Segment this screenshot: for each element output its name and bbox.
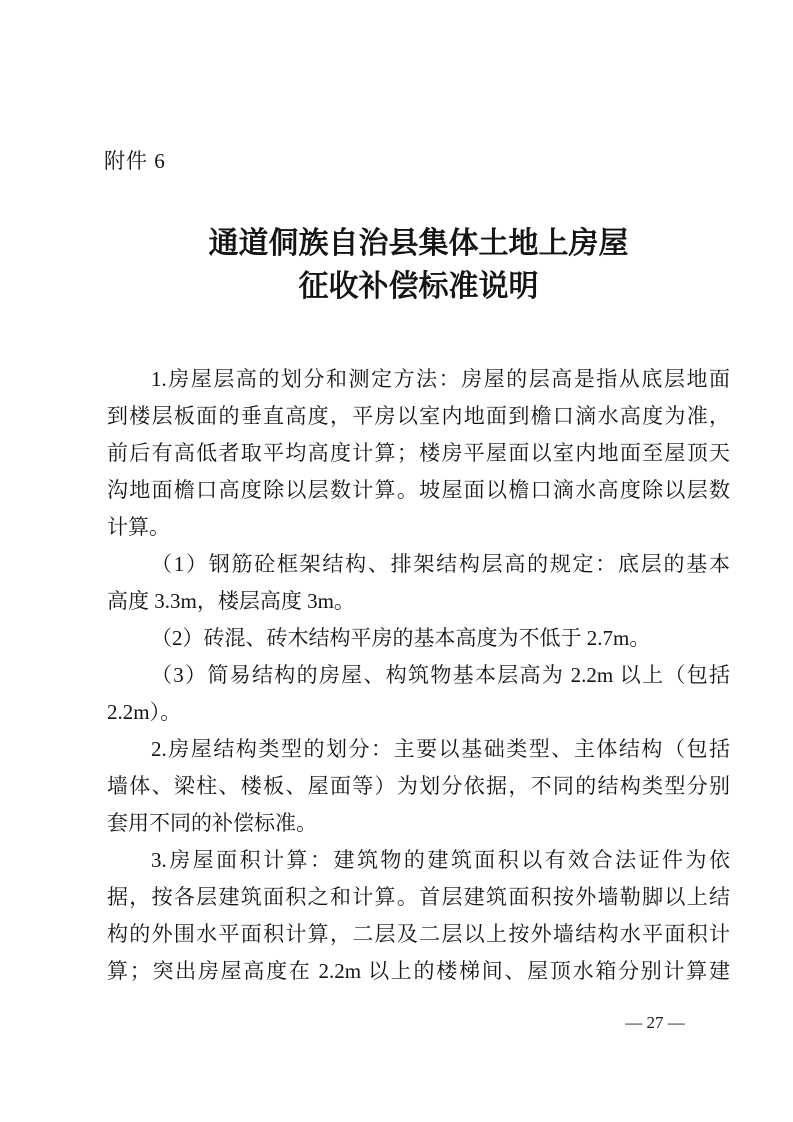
body-line: 2.房屋结构类型的划分：主要以基础类型、主体结构（包括 (107, 731, 730, 768)
body-line: 计算。 (107, 509, 730, 546)
body-line: 墙体、梁柱、楼板、屋面等）为划分依据，不同的结构类型分别 (107, 768, 730, 805)
body-line: 到楼层板面的垂直高度，平房以室内地面到檐口滴水高度为准， (107, 398, 730, 435)
body-line: 1.房屋层高的划分和测定方法：房屋的层高是指从底层地面 (107, 361, 730, 398)
body-line: （3）简易结构的房屋、构筑物基本层高为 2.2m 以上（包括 (107, 657, 730, 694)
body-line: 2.2m）。 (107, 694, 730, 731)
body-line: 算；突出房屋高度在 2.2m 以上的楼梯间、屋顶水箱分别计算建 (107, 953, 730, 990)
document-page: 附件 6 通道侗族自治县集体土地上房屋 征收补偿标准说明 1.房屋层高的划分和测… (0, 0, 793, 1122)
body-line: 高度 3.3m，楼层高度 3m。 (107, 583, 730, 620)
document-title: 通道侗族自治县集体土地上房屋 征收补偿标准说明 (107, 222, 730, 308)
body-line: 前后有高低者取平均高度计算；楼房平屋面以室内地面至屋顶天 (107, 435, 730, 472)
body-line: 3.房屋面积计算：建筑物的建筑面积以有效合法证件为依 (107, 842, 730, 879)
page-number: — 27 — (595, 1012, 715, 1034)
document-title-line-1: 通道侗族自治县集体土地上房屋 (107, 222, 730, 265)
body-line: 套用不同的补偿标准。 (107, 805, 730, 842)
document-title-line-2: 征收补偿标准说明 (107, 265, 730, 308)
body-line: （1）钢筋砼框架结构、排架结构层高的规定：底层的基本 (107, 546, 730, 583)
body-line: 据，按各层建筑面积之和计算。首层建筑面积按外墙勒脚以上结 (107, 879, 730, 916)
body-line: 构的外围水平面积计算，二层及二层以上按外墙结构水平面积计 (107, 916, 730, 953)
document-body: 1.房屋层高的划分和测定方法：房屋的层高是指从底层地面 到楼层板面的垂直高度，平… (107, 361, 730, 990)
body-line: 沟地面檐口高度除以层数计算。坡屋面以檐口滴水高度除以层数 (107, 472, 730, 509)
attachment-label: 附件 6 (104, 149, 166, 173)
body-line: （2）砖混、砖木结构平房的基本高度为不低于 2.7m。 (107, 620, 730, 657)
